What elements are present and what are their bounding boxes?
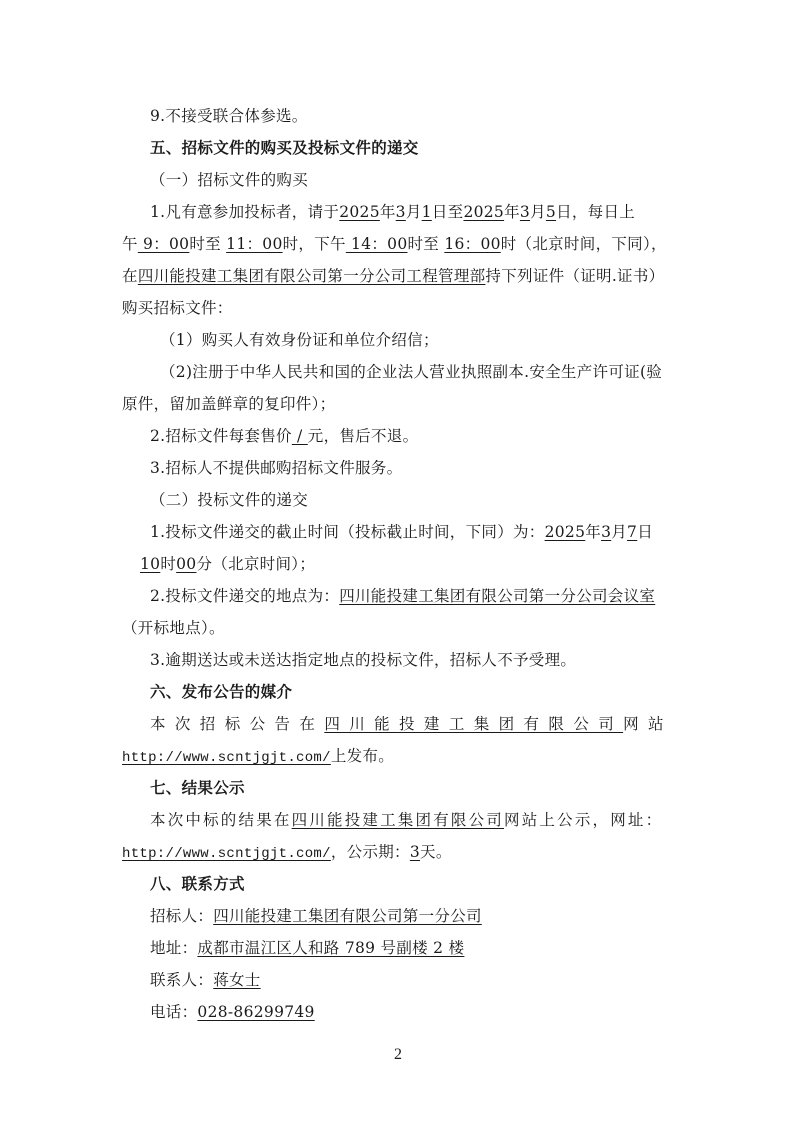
deadline-hour: 10 xyxy=(140,555,160,573)
tenderer-value: 四川能投建工集团有限公司第一分公司 xyxy=(213,907,482,925)
section-8-heading: 八、联系方式 xyxy=(150,874,245,894)
late-submission-line: 3.逾期送达或未送达指定地点的投标文件，招标人不予受理。 xyxy=(150,650,576,670)
end-year: 2025 xyxy=(463,203,504,221)
pm-end: 16：00 xyxy=(444,235,500,253)
text: 时至 xyxy=(408,235,445,253)
text: 日 xyxy=(637,523,653,541)
submission-place-line: 2.投标文件递交的地点为：四川能投建工集团有限公司第一分公司会议室 xyxy=(150,586,655,606)
publisher-company: 四川能投建工集团有限公司 xyxy=(324,715,623,733)
section-7-heading: 七、结果公示 xyxy=(150,778,245,798)
media-line1: 本次招标公告在四川能投建工集团有限公司网站 xyxy=(150,714,673,734)
purchase-location-line: 在四川能投建工集团有限公司第一分公司工程管理部持下列证件（证明.证书） xyxy=(122,266,664,286)
tenderer-label: 招标人： xyxy=(150,907,213,925)
start-month: 3 xyxy=(396,203,406,221)
text: 年 xyxy=(504,203,520,221)
text: 元，售后不退。 xyxy=(308,427,419,445)
contact-line: 联系人：蒋女士 xyxy=(150,970,261,990)
deadline-line2: 10时00分（北京时间）； xyxy=(140,554,315,574)
text: 2.投标文件递交的地点为： xyxy=(150,587,339,605)
am-start: 9：00 xyxy=(138,235,190,253)
text: 1.投标文件递交的截止时间（投标截止时间，下同）为： xyxy=(150,523,545,541)
page-number: 2 xyxy=(394,1046,402,1064)
text: 在 xyxy=(122,267,138,285)
result-website-link[interactable]: http://www.scntjgjt.com/ xyxy=(122,846,331,862)
purchase-docs-line: 购买招标文件： xyxy=(122,298,233,318)
deadline-minute: 00 xyxy=(176,555,196,573)
deadline-month: 3 xyxy=(601,523,611,541)
publicity-days: 3 xyxy=(410,843,420,861)
result-line2: http://www.scntjgjt.com/，公示期：3天。 xyxy=(122,842,452,864)
text: 1.凡有意参加投标者，请于 xyxy=(150,203,339,221)
text: 时至 xyxy=(189,235,226,253)
price: / xyxy=(292,427,308,445)
requirement-2-line2: 原件，留加盖鲜章的复印件）； xyxy=(122,394,335,414)
text: 午 xyxy=(122,235,138,253)
deadline-line1: 1.投标文件递交的截止时间（投标截止时间，下同）为：2025年3月7日 xyxy=(150,522,653,542)
text: 2.招标文件每套售价 xyxy=(150,427,292,445)
text: 日至 xyxy=(432,203,464,221)
purchase-hours-line: 午 9：00时至 11：00时，下午 14：00时至 16：00时（北京时间，下… xyxy=(122,234,667,254)
text: 月 xyxy=(611,523,627,541)
pm-start: 14：00 xyxy=(346,235,408,253)
text: 时（北京时间，下同）， xyxy=(501,235,667,253)
item-9: 9.不接受联合体参选。 xyxy=(150,106,308,126)
no-mail-line: 3.招标人不提供邮购招标文件服务。 xyxy=(150,458,402,478)
website-link[interactable]: http://www.scntjgjt.com/ xyxy=(122,750,331,766)
text: 本次中标的结果在 xyxy=(150,811,292,829)
tenderer-line: 招标人：四川能投建工集团有限公司第一分公司 xyxy=(150,906,482,926)
text: 网站 xyxy=(623,715,673,733)
media-line2: http://www.scntjgjt.com/上发布。 xyxy=(122,746,394,768)
subsection-1-heading: （一）招标文件的购买 xyxy=(150,170,308,190)
price-line: 2.招标文件每套售价 / 元，售后不退。 xyxy=(150,426,418,446)
section-5-heading: 五、招标文件的购买及投标文件的递交 xyxy=(150,138,419,158)
result-line1: 本次中标的结果在四川能投建工集团有限公司网站上公示，网址： xyxy=(150,810,663,830)
start-day: 1 xyxy=(422,203,432,221)
text: 月 xyxy=(406,203,422,221)
requirement-1: （1）购买人有效身份证和单位介绍信； xyxy=(160,330,439,350)
text: 年 xyxy=(585,523,601,541)
text: 分（北京时间）； xyxy=(196,555,315,573)
text: 时 xyxy=(160,555,176,573)
address-line: 地址：成都市温江区人和路 789 号副楼 2 楼 xyxy=(150,938,464,958)
submission-place: 四川能投建工集团有限公司第一分公司会议室 xyxy=(339,587,655,605)
end-day: 5 xyxy=(546,203,556,221)
text: 本次招标公告在 xyxy=(150,715,324,733)
start-year: 2025 xyxy=(339,203,380,221)
opening-place-line: （开标地点）。 xyxy=(122,618,225,638)
text: 网站上公示，网址： xyxy=(504,811,663,829)
contact-value: 蒋女士 xyxy=(213,971,260,989)
text: 天。 xyxy=(420,843,452,861)
requirement-2-line1: （2)注册于中华人民共和国的企业法人营业执照副本.安全生产许可证(验 xyxy=(160,362,662,382)
document-page: 9.不接受联合体参选。 五、招标文件的购买及投标文件的递交 （一）招标文件的购买… xyxy=(0,0,800,1131)
subsection-2-heading: （二）投标文件的递交 xyxy=(150,490,308,510)
phone-line: 电话：028-86299749 xyxy=(150,1002,315,1022)
text: 时，下午 xyxy=(283,235,346,253)
deadline-day: 7 xyxy=(627,523,637,541)
text: 持下列证件（证明.证书） xyxy=(485,267,664,285)
phone-value: 028-86299749 xyxy=(197,1003,314,1021)
am-end: 11：00 xyxy=(226,235,282,253)
contact-label: 联系人： xyxy=(150,971,213,989)
text: ，公示期： xyxy=(331,843,410,861)
end-month: 3 xyxy=(520,203,530,221)
result-company: 四川能投建工集团有限公司 xyxy=(292,811,504,829)
address-value: 成都市温江区人和路 789 号副楼 2 楼 xyxy=(197,939,464,957)
address-label: 地址： xyxy=(150,939,197,957)
purchase-location: 四川能投建工集团有限公司第一分公司工程管理部 xyxy=(138,267,486,285)
text: 日，每日上 xyxy=(556,203,635,221)
text: 上发布。 xyxy=(331,747,394,765)
purchase-period-line1: 1.凡有意参加投标者，请于2025年3月1日至2025年3月5日，每日上 xyxy=(150,202,635,222)
deadline-year: 2025 xyxy=(545,523,586,541)
section-6-heading: 六、发布公告的媒介 xyxy=(150,682,292,702)
phone-label: 电话： xyxy=(150,1003,197,1021)
text: 月 xyxy=(530,203,546,221)
text: 年 xyxy=(380,203,396,221)
